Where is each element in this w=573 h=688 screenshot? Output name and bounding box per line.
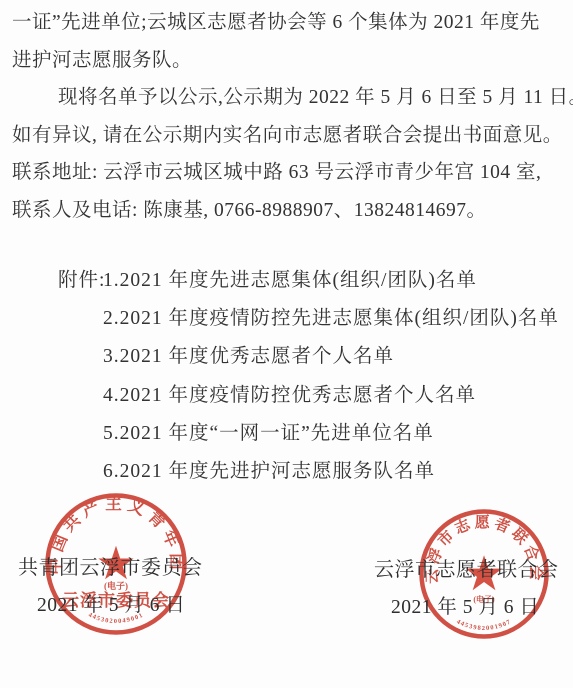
body-line: 如有异议, 请在公示期内实名向市志愿者联合会提出书面意见。 [12, 117, 565, 155]
attachment-item: 5.2021 年度“一网一证”先进单位名单 [103, 415, 559, 453]
right-signature-date: 2021 年 5 月 6 日 [391, 591, 539, 619]
left-signature-date: 2021 年 5 月 6 日 [37, 589, 185, 617]
attachment-item: 6.2021 年度先进护河志愿服务队名单 [103, 453, 559, 491]
document-page: 一证”先进单位;云城区志愿者协会等 6 个集体为 2021 年度先进护河志愿服务… [0, 0, 573, 688]
attachment-item: 4.2021 年度疫情防控优秀志愿者个人名单 [103, 377, 559, 415]
announcement-paragraphs: 一证”先进单位;云城区志愿者协会等 6 个集体为 2021 年度先进护河志愿服务… [12, 4, 565, 230]
body-line: 现将名单予以公示,公示期为 2022 年 5 月 6 日至 5 月 11 日。 [12, 79, 565, 117]
attachment-item: 2.2021 年度疫情防控先进志愿集体(组织/团队)名单 [103, 300, 559, 338]
seal-serial-number: 4453982001907 [455, 618, 512, 632]
attachment-item: 3.2021 年度优秀志愿者个人名单 [103, 338, 559, 376]
attachment-item: 1.2021 年度先进志愿集体(组织/团队)名单 [103, 262, 559, 300]
body-line: 一证”先进单位;云城区志愿者协会等 6 个集体为 2021 年度先 [12, 4, 565, 42]
body-line: 联系人及电话: 陈康基, 0766-8988907、13824814697。 [12, 192, 565, 230]
body-line: 联系地址: 云浮市云城区城中路 63 号云浮市青少年宫 104 室, [12, 154, 565, 192]
body-line: 进护河志愿服务队。 [12, 42, 565, 80]
right-signature-org: 云浮市志愿者联合会 [374, 553, 559, 582]
svg-text:4453982001907: 4453982001907 [455, 618, 512, 632]
attachments-label: 附件: [58, 262, 105, 300]
attachments-list: 1.2021 年度先进志愿集体(组织/团队)名单2.2021 年度疫情防控先进志… [103, 262, 559, 491]
left-signature-org: 共青团云浮市委员会 [18, 551, 203, 580]
